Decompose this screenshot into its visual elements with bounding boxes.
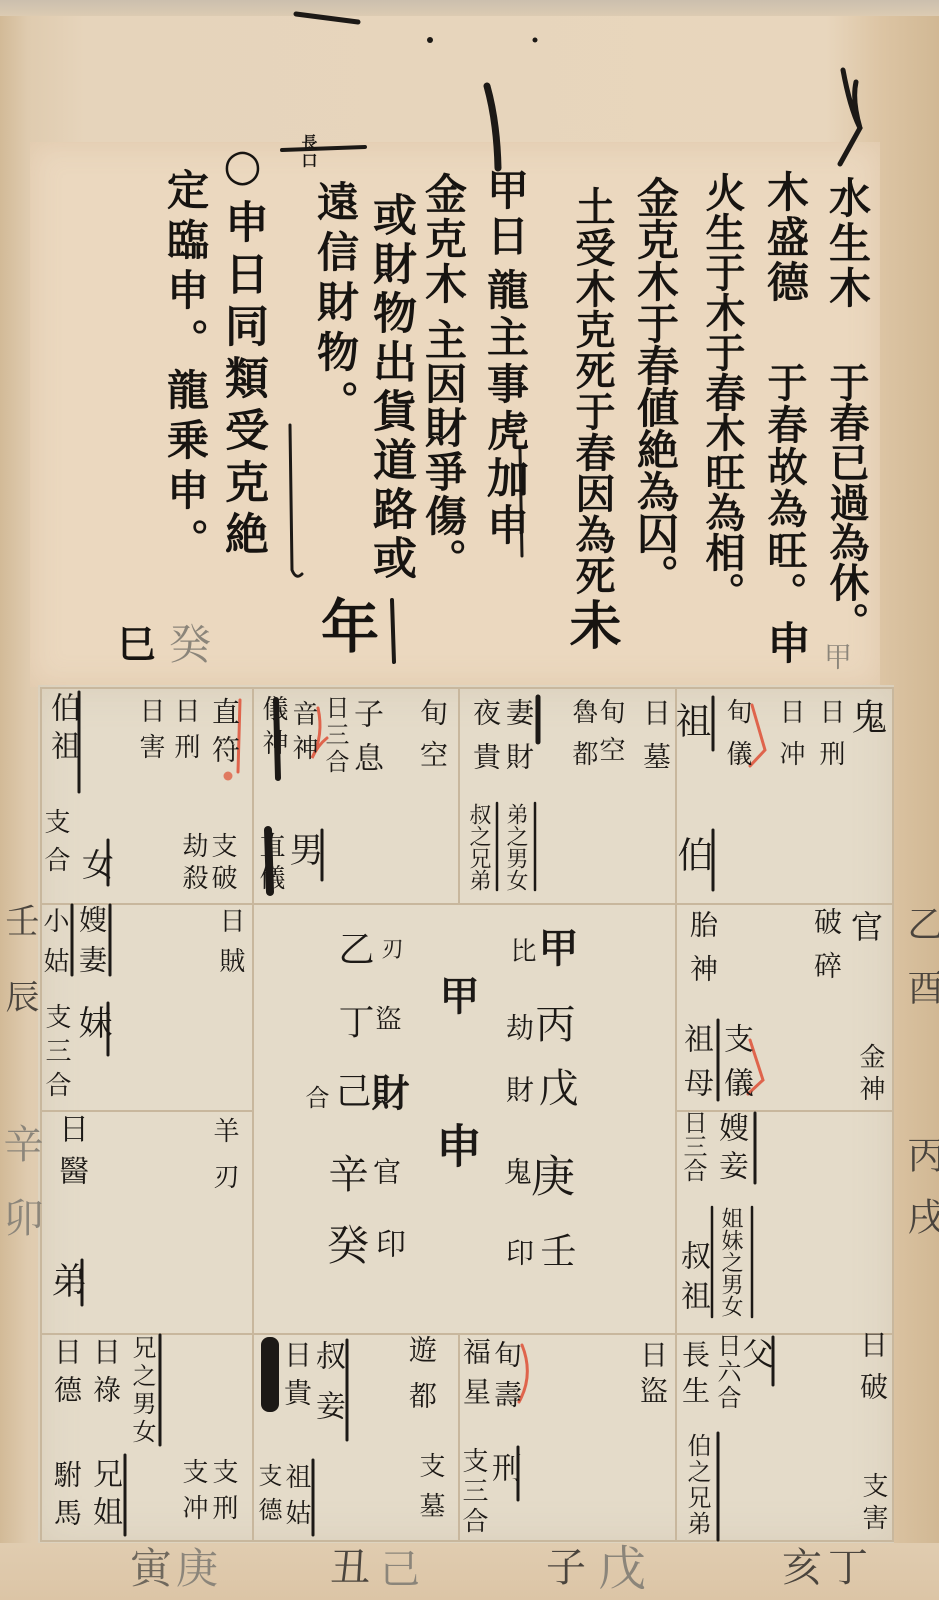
grid-entry: 支破 [209, 832, 235, 896]
grid-entry: 支儀 [720, 1023, 750, 1111]
center-left-stem: 癸 [324, 1223, 366, 1265]
grid-entry: 父 [740, 1337, 772, 1369]
bottom-label-branch: 亥 [782, 1548, 822, 1588]
text-column-3: 火生于木于春木旺為相。 [702, 172, 742, 612]
grid-entry: 胎神 [688, 910, 716, 998]
grid-entry: 鬼 [848, 698, 884, 734]
footer-char-nian: 年 [316, 596, 374, 654]
grid-entry: 日破 [858, 1330, 886, 1414]
grid-entry: 伯祖 [47, 692, 77, 768]
grid-entry: 劫殺 [180, 832, 206, 896]
grid-entry: 弟之男女 [504, 803, 526, 891]
grid-line [40, 903, 892, 905]
grid-entry: 祖母 [680, 1023, 710, 1111]
grid-entry: 福星 [461, 1337, 489, 1417]
center-right-label: 劫 [504, 1013, 532, 1041]
grid-entry: 日貴 [282, 1340, 310, 1416]
grid-entry: 支德 [256, 1463, 280, 1531]
right-margin-label: 丙戌 [904, 1135, 939, 1259]
grid-line [40, 687, 892, 689]
grid-entry: 旬儀 [724, 698, 750, 782]
bottom-label-stem: 庚 [176, 1548, 218, 1590]
grid-entry: 遊都 [407, 1335, 435, 1427]
grid-entry: 日祿 [91, 1337, 119, 1413]
text-column-4: 金克木于春値絶為囚。 [634, 176, 676, 596]
grid-line [40, 1540, 892, 1542]
text-column-7: 金克木 [422, 172, 464, 307]
grid-entry: 日六合 [715, 1333, 739, 1411]
grid-entry: 羊刃 [211, 1117, 237, 1209]
grid-entry: 直符 [210, 697, 238, 773]
text-column-1: 水生木 [826, 176, 868, 311]
center-left-stem: 辛 [325, 1153, 365, 1193]
text-column-2: 木盛德 [764, 170, 806, 305]
grid-entry: 日賊 [217, 907, 243, 987]
center-left-stem: 乙 [335, 930, 371, 966]
center-right-label: 財 [504, 1075, 532, 1103]
center-right-stem: 壬 [537, 1232, 573, 1268]
grid-entry: 祖姑 [283, 1463, 309, 1535]
footer-char-si: 巳 [114, 624, 152, 662]
grid-entry: 妹 [75, 1005, 109, 1039]
page-top-edge [0, 0, 939, 16]
grid-entry: 小姑 [41, 907, 67, 987]
grid-entry: 日德 [52, 1337, 80, 1413]
grid-entry: 嫂妾 [715, 1112, 745, 1188]
day-branch: 申 [433, 1122, 479, 1168]
grid-entry: 長生 [680, 1340, 708, 1412]
center-left-stem: 己 [332, 1072, 368, 1108]
center-left-label: 官 [371, 1157, 399, 1185]
grid-entry: 日冲 [777, 698, 803, 782]
grid-entry: 支冲 [180, 1458, 206, 1530]
grid-entry: 旬空 [418, 698, 446, 782]
center-right-stem: 甲 [535, 927, 575, 967]
grid-entry: 弟 [48, 1262, 84, 1298]
grid-entry: 支害 [860, 1472, 886, 1536]
center-left-stem: 丁 [335, 1003, 371, 1039]
column-note: 甲 [822, 642, 850, 670]
column-note: 申 [762, 620, 806, 664]
grid-entry: 叔妾 [312, 1340, 342, 1440]
grid-line [675, 687, 677, 1542]
bottom-label-stem: 丁 [828, 1548, 868, 1588]
center-left-label: 印 [372, 1228, 402, 1258]
center-right-label: 比 [508, 937, 534, 963]
grid-entry: 音神 [290, 700, 316, 768]
grid-entry: 直儀 [257, 832, 283, 896]
center-right-stem: 庚 [526, 1153, 570, 1197]
center-left-label: 財 [368, 1073, 406, 1111]
grid-entry: 妻財 [504, 698, 532, 786]
footer-char-gui: 癸 [166, 622, 208, 664]
bottom-label-branch: 丑 [330, 1548, 370, 1588]
bottom-label-stem: 戊 [598, 1545, 646, 1593]
grid-entry: 支合 [42, 808, 68, 884]
grid-entry: 兄姐 [89, 1458, 119, 1534]
center-left-label: 盜 [373, 1005, 399, 1031]
grid-entry: 支墓 [417, 1452, 443, 1532]
grid-entry: 日刑 [172, 697, 198, 769]
manuscript-page: 水生木 于春已過為休。 甲 木盛德 于春故為旺。 申 火生于木于春木旺為相。 金… [0, 0, 939, 1600]
grid-entry: 官 [849, 910, 881, 942]
grid-entry: 男 [286, 832, 320, 866]
center-right-stem: 戊 [535, 1067, 575, 1107]
bottom-label-stem: 己 [380, 1550, 420, 1590]
left-margin-label: 壬辰 [2, 903, 36, 1055]
grid-entry: 支刑 [210, 1458, 236, 1530]
right-margin-label: 乙酉 [904, 905, 939, 1033]
grid-entry: 日盜 [638, 1340, 666, 1412]
grid-entry: 夜貴 [471, 698, 499, 786]
text-column-6: 甲日 [484, 168, 526, 260]
left-margin-label: 辛卯 [0, 1123, 40, 1271]
text-column-10: ○申日同類受克絶 [220, 140, 264, 563]
grid-entry: 伯 [674, 836, 710, 872]
center-left-prefix: 合 [303, 1085, 327, 1109]
grid-entry: 駙馬 [52, 1460, 80, 1536]
grid-entry: 伯之兄弟 [685, 1433, 709, 1537]
center-left-label: 刃 [379, 937, 401, 959]
column-heading-mark: 長口 [300, 134, 316, 170]
grid-entry: 日墓 [641, 698, 669, 786]
grid-entry: 金神 [857, 1043, 883, 1107]
text-column-5: 土受木克死于春因為死 [572, 186, 612, 596]
center-right-stem: 丙 [532, 1003, 572, 1043]
text-column-6: 龍主事虎加申 [484, 268, 526, 550]
text-column-8: 或財物出貨道路或 [368, 192, 412, 584]
text-column-1: 于春已過為休。 [826, 362, 866, 642]
grid-line [40, 1110, 252, 1112]
grid-line [458, 687, 460, 903]
grid-entry: 魯都 [570, 698, 596, 782]
bottom-label-branch: 寅 [130, 1548, 172, 1590]
grid-entry: 子息 [350, 698, 380, 786]
text-column-11: 定臨申。龍乗申。 [164, 168, 206, 568]
grid-entry: 嫂妻 [77, 905, 105, 985]
day-stem: 甲 [436, 975, 476, 1015]
grid-line [40, 1333, 892, 1335]
grid-entry: 叔祖 [677, 1240, 707, 1320]
grid-entry: 日三合 [681, 1110, 705, 1182]
grid-entry: 儀神 [260, 695, 286, 763]
grid-entry: 刑 [488, 1452, 518, 1482]
bottom-label-branch: 子 [546, 1548, 586, 1588]
grid-entry: 支三合 [460, 1447, 486, 1537]
grid-entry: 日三合 [323, 695, 347, 776]
grid-entry: 旬空 [597, 698, 623, 774]
grid-entry: 女 [80, 848, 112, 880]
grid-entry: 支三合 [43, 1003, 69, 1105]
grid-entry: 日刑 [817, 698, 843, 782]
text-column-2: 于春故為旺。 [764, 362, 804, 614]
dot-mark [427, 37, 433, 43]
grid-line [892, 687, 894, 1542]
grid-entry: 叔之兄弟 [467, 803, 489, 891]
column-note: 未 [564, 598, 616, 650]
grid-entry: 日害 [137, 697, 163, 769]
grid-entry: 兄之男女 [130, 1335, 154, 1447]
grid-entry: 姐妹之男女 [719, 1207, 741, 1317]
text-column-9: 遠信財物。 [314, 180, 356, 430]
grid-entry: 日醫 [55, 1113, 85, 1197]
grid-entry: 旬壽 [492, 1340, 520, 1420]
center-right-label: 印 [504, 1238, 532, 1266]
dot-mark [533, 38, 538, 43]
grid-line [252, 687, 254, 1542]
grid-entry: 破碎 [812, 907, 840, 995]
grid-entry: 祖 [672, 702, 708, 738]
text-column-7: 主因財爭傷。 [422, 318, 464, 582]
